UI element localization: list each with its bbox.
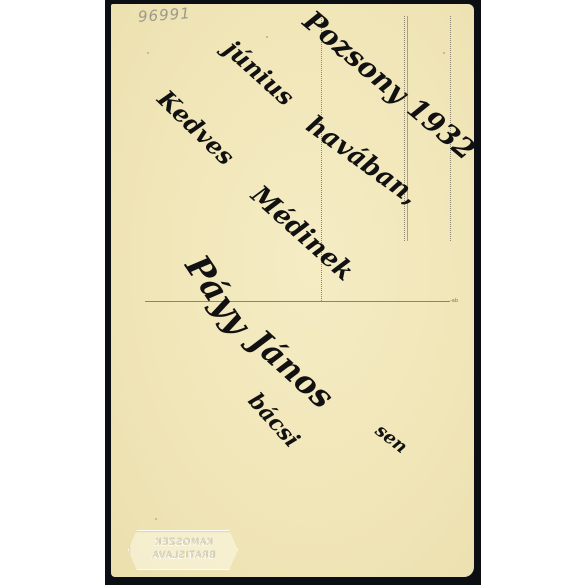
paper-speck: [155, 518, 157, 520]
paper-speck: [147, 52, 149, 54]
corner-mark: -ab: [450, 298, 458, 304]
embossed-stamp: KAMOSZEK BRATISLAVA: [128, 530, 238, 570]
horizontal-divider: [145, 301, 450, 302]
archive-number: 96991: [137, 4, 191, 26]
paper-speck: [443, 52, 445, 54]
stamp-line-2: BRATISLAVA: [151, 550, 215, 563]
paper-speck: [266, 36, 268, 38]
stamp-line-1: KAMOSZEK: [154, 537, 212, 550]
